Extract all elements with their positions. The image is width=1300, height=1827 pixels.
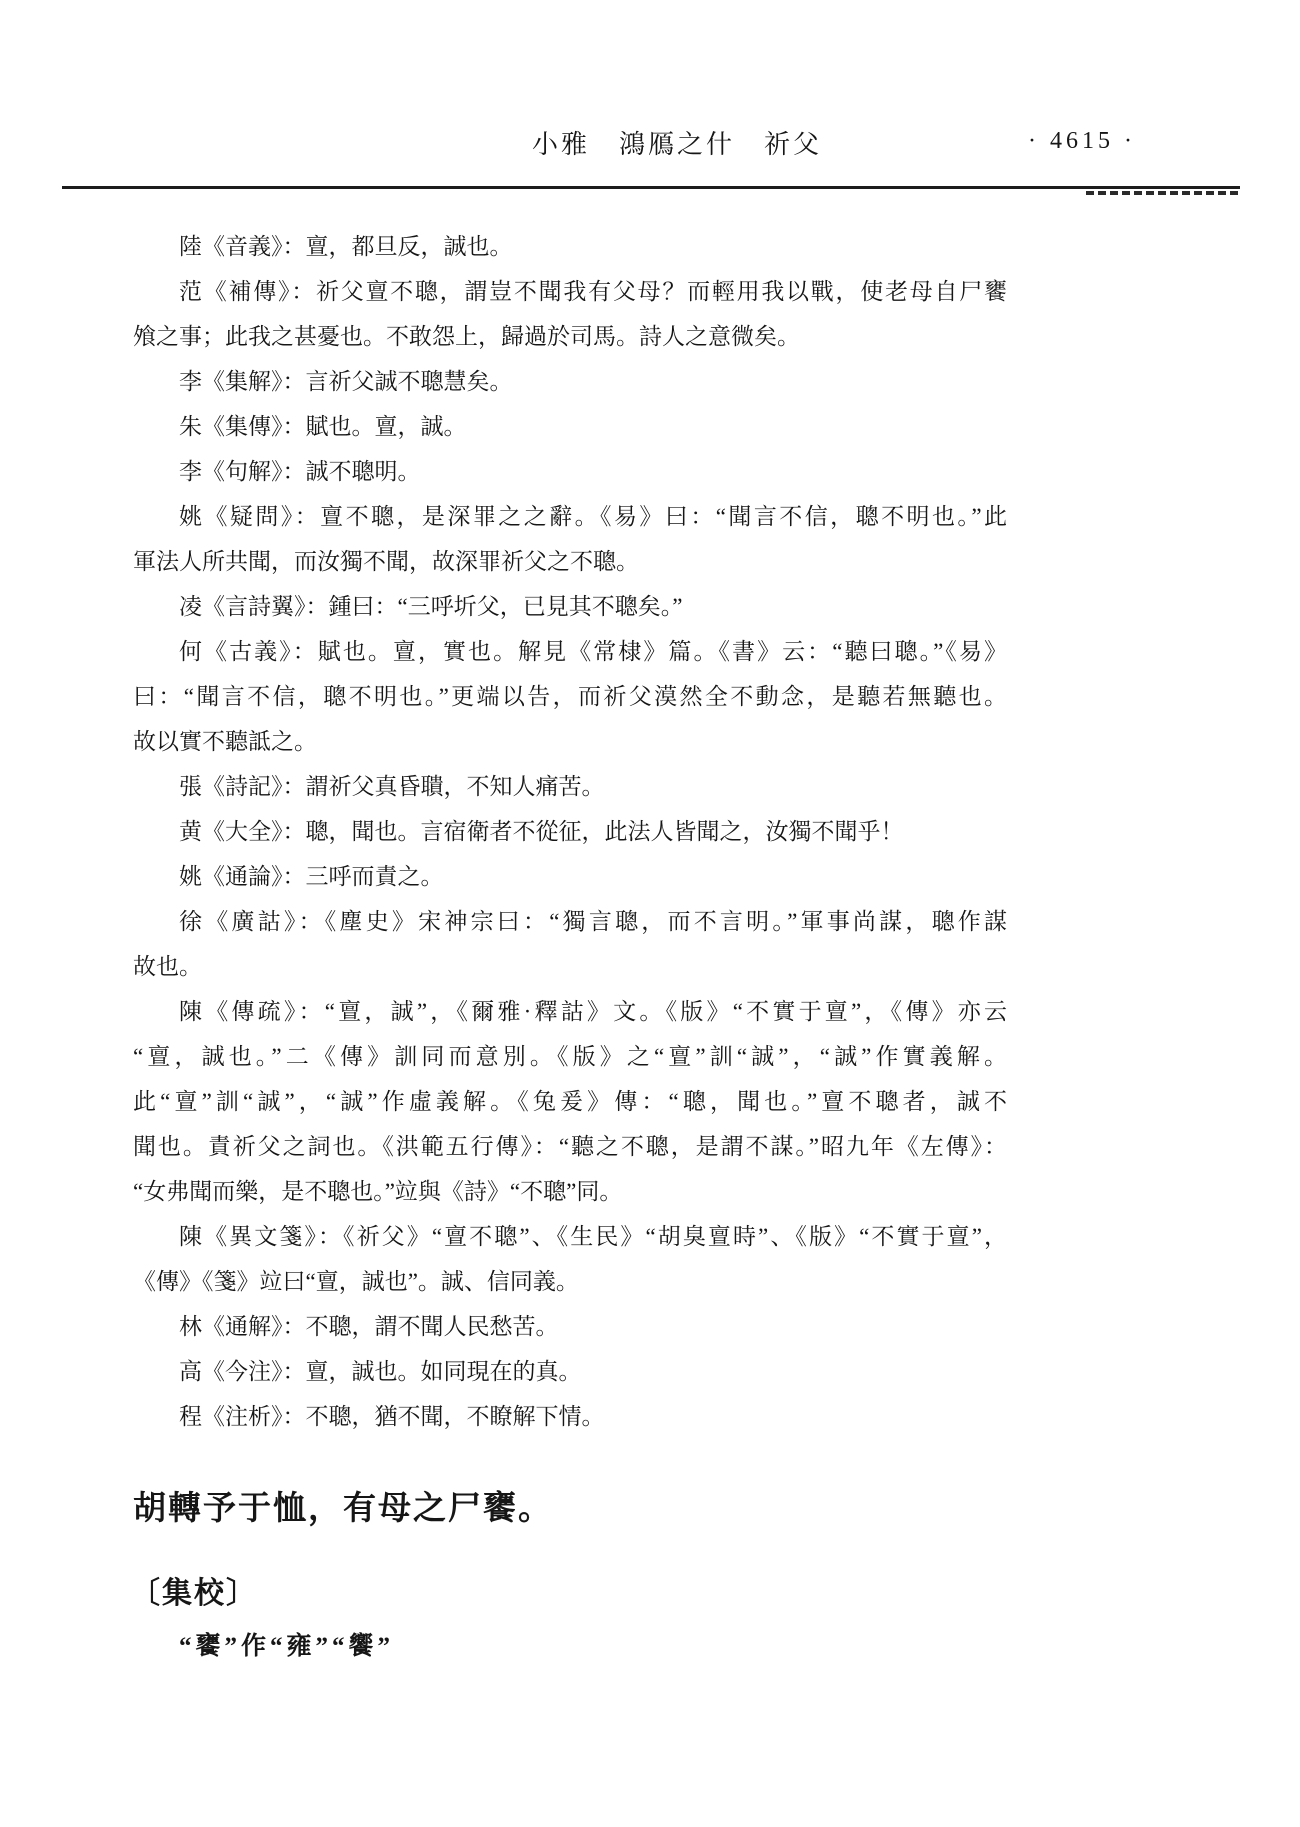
text-line: 高《今注》：亶，誠也。如同現在的真。 <box>133 1349 1007 1394</box>
text-line: 故也。 <box>133 944 1007 989</box>
text-line: “女弗聞而樂，是不聰也。”竝與《詩》“不聰”同。 <box>133 1169 1007 1214</box>
text-line: 陳《異文箋》：《祈父》“亶不聰”、《生民》“胡臭亶時”、《版》“不實于亶”， <box>133 1214 1007 1259</box>
text-line: 黄《大全》：聰，聞也。言宿衛者不從征，此法人皆聞之，汝獨不聞乎！ <box>133 809 1007 854</box>
verse-heading: 胡轉予于恤，有母之尸饔。 <box>133 1482 553 1529</box>
text-line: 程《注析》：不聰，猶不聞，不瞭解下情。 <box>133 1394 1007 1439</box>
collation-variant-line: “饔”作“雍”“饗” <box>179 1626 394 1662</box>
text-line: 《傳》《箋》竝曰“亶，誠也”。誠、信同義。 <box>133 1259 1007 1304</box>
page-number: · 4615 · <box>1028 128 1136 155</box>
text-line: 此“亶”訓“誠”，“誠”作虛義解。《兔爰》傳：“聰，聞也。”亶不聰者，誠不 <box>133 1079 1007 1124</box>
text-line: 軍法人所共聞，而汝獨不聞，故深罪祈父之不聰。 <box>133 539 1007 584</box>
text-line: 聞也。責祈父之詞也。《洪範五行傳》：“聽之不聰，是謂不謀。”昭九年《左傳》： <box>133 1124 1007 1169</box>
header-rule <box>62 186 1240 189</box>
scanned-page: 小雅 鴻鴈之什 祈父 · 4615 · 陸《音義》：亶，都旦反，誠也。范《補傳》… <box>0 0 1300 1827</box>
commentary-text-block: 陸《音義》：亶，都旦反，誠也。范《補傳》：祈父亶不聰，謂豈不聞我有父母？而輕用我… <box>133 224 1007 1439</box>
text-line: 飧之事；此我之甚憂也。不敢怨上，歸過於司馬。詩人之意微矣。 <box>133 314 1007 359</box>
text-line: 范《補傳》：祈父亶不聰，謂豈不聞我有父母？而輕用我以戰，使老母自尸饔 <box>133 269 1007 314</box>
text-line: 張《詩記》：謂祈父真昏聵，不知人痛苦。 <box>133 764 1007 809</box>
text-line: 曰：“聞言不信，聰不明也。”更端以告，而祈父漠然全不動念，是聽若無聽也。 <box>133 674 1007 719</box>
text-line: 何《古義》：賦也。亶，實也。解見《常棣》篇。《書》云：“聽曰聰。”《易》 <box>133 629 1007 674</box>
text-line: 李《句解》：誠不聰明。 <box>133 449 1007 494</box>
text-line: 姚《通論》：三呼而責之。 <box>133 854 1007 899</box>
text-line: 徐《廣詁》：《塵史》宋神宗曰：“獨言聰，而不言明。”軍事尚謀，聰作謀 <box>133 899 1007 944</box>
header-rule-dash-artifact <box>1086 191 1238 195</box>
section-marker-collation: 〔集校〕 <box>130 1568 258 1612</box>
text-line: 故以實不聽詆之。 <box>133 719 1007 764</box>
text-line: 李《集解》：言祈父誠不聰慧矣。 <box>133 359 1007 404</box>
text-line: 朱《集傳》：賦也。亶，誠。 <box>133 404 1007 449</box>
text-line: 姚《疑問》：亶不聰，是深罪之之辭。《易》曰：“聞言不信，聰不明也。”此 <box>133 494 1007 539</box>
text-line: 陳《傳疏》：“亶，誠”，《爾雅·釋詁》文。《版》“不實于亶”，《傳》亦云 <box>133 989 1007 1034</box>
text-line: 陸《音義》：亶，都旦反，誠也。 <box>133 224 1007 269</box>
text-line: “亶，誠也。”二《傳》訓同而意別。《版》之“亶”訓“誠”，“誠”作實義解。 <box>133 1034 1007 1079</box>
text-line: 凌《言詩翼》：鍾曰：“三呼圻父，已見其不聰矣。” <box>133 584 1007 629</box>
text-line: 林《通解》：不聰，謂不聞人民愁苦。 <box>133 1304 1007 1349</box>
